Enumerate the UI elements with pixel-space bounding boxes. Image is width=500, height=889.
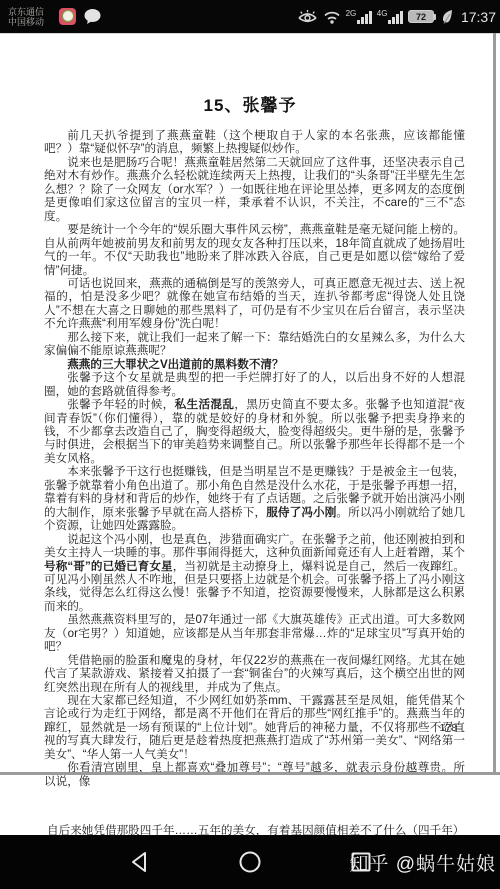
- signal-2g: 2G: [346, 9, 372, 24]
- next-page-clipped-text: 自后来她凭借那股四千年……五年的美女，有着基因颜值相差不了什么（四千年）的她: [47, 822, 457, 836]
- page-number: 178: [439, 722, 457, 734]
- section-heading: 燕燕的三大罪状之V出道前的黑料数不清？: [44, 358, 465, 371]
- home-icon: [237, 849, 263, 875]
- network-2g-label: 2G: [346, 9, 357, 18]
- paragraph: 要是统计一个今年的“娱乐圈大事件风云榜”，燕燕童鞋是毫无疑问能上榜的。自从前两年…: [44, 223, 465, 277]
- chapter-title: 15、张馨予: [0, 91, 500, 116]
- paragraph: 虽然燕燕资料里写的，是07年通过一部《大旗英雄传》正式出道。可大多数网友（or宅…: [44, 613, 465, 653]
- battery-icon: 72: [408, 10, 436, 23]
- android-nav-bar: 知乎 @蜗牛姑娘: [0, 835, 500, 889]
- paragraph: 本来张馨予干这行也挺赚钱，但是当明星岂不是更赚钱？于是被金主一包装，张馨予就靠着…: [44, 465, 465, 532]
- carrier-line1: 京东通信: [8, 7, 44, 17]
- status-bar: 京东通信 中国移动 2G: [0, 0, 500, 33]
- eye-icon: [297, 9, 318, 24]
- paragraph: 可话也说回来，燕燕的通稿倒是写的羡煞旁人，可真正愿意无视过去、送上祝福的，怕是没…: [44, 277, 465, 331]
- status-bar-left: 京东通信 中国移动: [8, 7, 102, 27]
- battery-percent: 72: [408, 10, 434, 23]
- paragraph: 张馨予这个女星就是典型的把一手烂牌打好了的人，以后出身不好的人想混圈，她的套路就…: [44, 371, 465, 398]
- back-icon: [127, 849, 153, 875]
- paragraph: 张馨予年轻的时候，私生活混乱，黑历史简直不要太多。张馨予也知道混“夜间青春饭”（…: [44, 398, 465, 465]
- paragraph: 说起这个冯小刚，也是真色，涉猎面确实广。在张馨予之前，他还刚被拍到和美女主持人一…: [44, 533, 465, 614]
- app-notification-icon: [59, 8, 76, 25]
- zhihu-watermark: 知乎 @蜗牛姑娘: [349, 835, 496, 889]
- leaf-icon: [441, 9, 454, 24]
- paragraph: 前几天扒爷提到了燕燕童鞋（这个梗取自于人家的本名张燕，应该都能懂吧？）靠“疑似怀…: [44, 129, 465, 156]
- signal-bars-icon: [388, 11, 403, 24]
- wifi-icon: [323, 10, 341, 24]
- paragraph: 说来也是肥肠巧合呢！燕燕童鞋居然第二天就回应了这件事，还坚决表示自己绝对木有炒作…: [44, 156, 465, 223]
- paragraph: 现在大家都已经知道，不少网红如奶茶mm、干露露甚至是凤姐，能凭借某个言论或行为走…: [44, 694, 465, 761]
- signal-bars-icon: [357, 11, 372, 24]
- network-4g-label: 4G: [377, 9, 388, 18]
- carrier-line2: 中国移动: [8, 17, 44, 27]
- home-button[interactable]: [222, 835, 278, 889]
- paragraph: 凭借艳丽的脸蛋和魔鬼的身材，年仅22岁的燕燕在一夜间爆红网络。尤其在她代言了某款…: [44, 654, 465, 694]
- ebook-page[interactable]: 15、张馨予 前几天扒爷提到了燕燕童鞋（这个梗取自于人家的本名张燕，应该都能懂吧…: [0, 33, 500, 772]
- phone-screen: 京东通信 中国移动 2G: [0, 0, 500, 889]
- chat-bubble-icon: [83, 8, 102, 25]
- status-bar-right: 2G 4G 72 17:37: [297, 9, 496, 25]
- page-edge-right: [493, 33, 496, 772]
- back-button[interactable]: [112, 835, 168, 889]
- carrier-label: 京东通信 中国移动: [8, 7, 44, 27]
- clock: 17:37: [461, 9, 496, 25]
- page-edge-bottom: [0, 772, 500, 775]
- page-body: 前几天扒爷提到了燕燕童鞋（这个梗取自于人家的本名张燕，应该都能懂吧？）靠“疑似怀…: [0, 129, 500, 788]
- battery-tip: [434, 14, 436, 20]
- signal-4g: 4G: [377, 9, 403, 24]
- paragraph: 那么接下来，就让我们一起来了解一下：靠结婚洗白的女星辣么多，为什么大家偏偏不能原…: [44, 331, 465, 358]
